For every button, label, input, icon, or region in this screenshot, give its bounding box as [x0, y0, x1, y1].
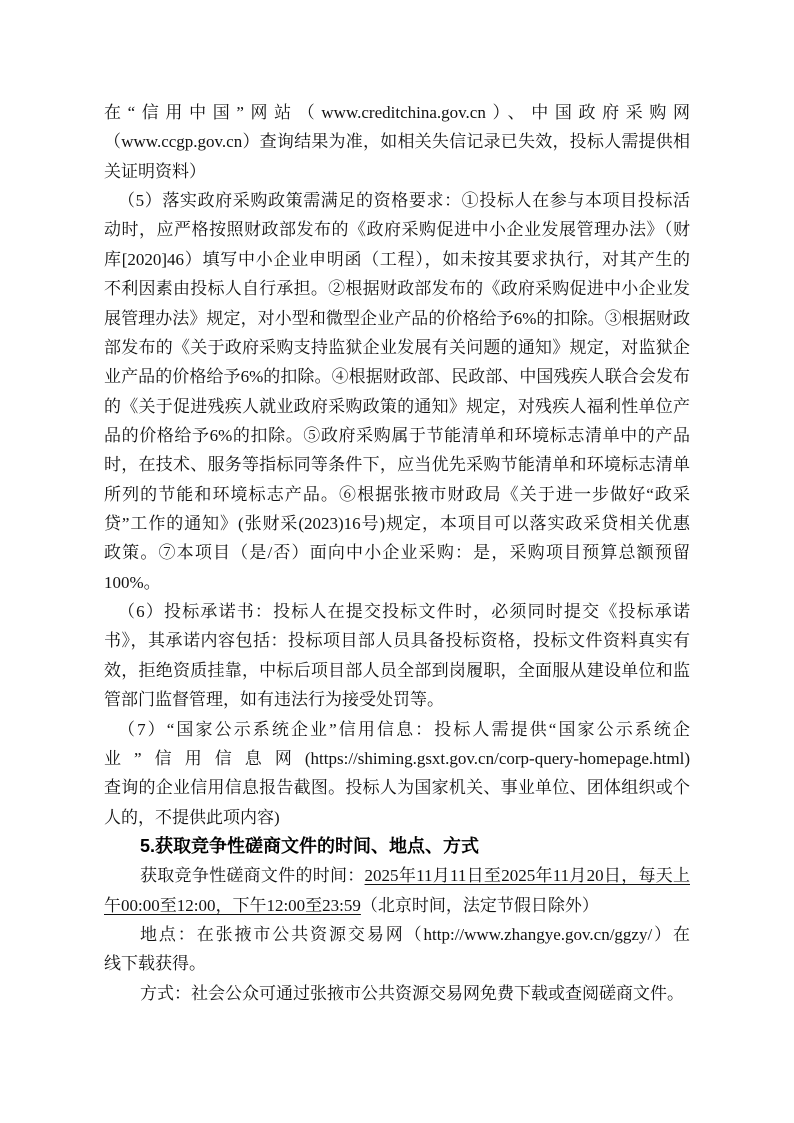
- text-line: 查询的企业信用信息报告截图。投标人为国家机关、事业单位、团体组织或个: [104, 773, 690, 802]
- text-line: 所列的节能和环境标志产品。⑥根据张掖市财政局《关于进一步做好“政采: [104, 480, 690, 509]
- text-line: 贷”工作的通知》(张财采(2023)16号)规定，本项目可以落实政采贷相关优惠: [104, 509, 690, 538]
- text-line: 效，拒绝资质挂靠，中标后项目部人员全部到岗履职，全面服从建设单位和监: [104, 656, 690, 685]
- text-segment: （北京时间，法定节假日除外）: [361, 896, 599, 915]
- text-line: 业”信用信息网(https://shiming.gsxt.gov.cn/corp…: [104, 744, 690, 773]
- text-segment: 动时，应严格按照财政部发布的《政府采购促进中小企业发展管理办法》（财: [104, 220, 690, 239]
- text-line: 线下载获得。: [104, 949, 690, 978]
- text-segment: 展管理办法》规定，对小型和微型企业产品的价格给予6%的扣除。③根据财政: [104, 309, 690, 328]
- document-page: 在“信用中国”网站（www.creditchina.gov.cn）、中国政府采购…: [0, 0, 794, 1123]
- text-line: 管部门监督管理，如有违法行为接受处罚等。: [104, 685, 690, 714]
- document-content: 在“信用中国”网站（www.creditchina.gov.cn）、中国政府采购…: [104, 98, 690, 1008]
- text-segment: 关证明资料）: [104, 162, 206, 181]
- text-line: （www.ccgp.gov.cn）查询结果为准，如相关失信记录已失效，投标人需提…: [104, 127, 690, 156]
- text-segment: 线下载获得。: [104, 954, 206, 973]
- text-line: 100%。: [104, 568, 690, 597]
- text-line: （7）“国家公示系统企业”信用信息：投标人需提供“国家公示系统企: [104, 715, 690, 744]
- text-line: 午00:00至12:00，下午12:00至23:59（北京时间，法定节假日除外）: [104, 891, 690, 920]
- text-segment: 书》，其承诺内容包括：投标项目部人员具备投标资格，投标文件资料真实有: [104, 631, 690, 650]
- heading-section5-obtain-documents: 5.获取竞争性磋商文件的时间、地点、方式: [104, 832, 690, 861]
- underlined-text: 午00:00至12:00，下午12:00至23:59: [104, 896, 361, 915]
- text-line: 地点：在张掖市公共资源交易网（http://www.zhangye.gov.cn…: [104, 920, 690, 949]
- text-line: 方式：社会公众可通过张掖市公共资源交易网免费下载或查阅磋商文件。: [104, 979, 690, 1008]
- text-segment: 在“信用中国”网站（www.creditchina.gov.cn）、中国政府采购…: [104, 103, 690, 122]
- text-segment: 100%。: [104, 573, 161, 592]
- text-segment: 的《关于促进残疾人就业政府采购政策的通知》规定，对残疾人福利性单位产: [104, 397, 690, 416]
- text-segment: （6）投标承诺书：投标人在提交投标文件时，必须同时提交《投标承诺: [118, 602, 690, 621]
- text-segment: 获取竞争性磋商文件的时间：: [140, 866, 365, 885]
- text-segment: 5.获取竞争性磋商文件的时间、地点、方式: [140, 836, 479, 856]
- text-line: 展管理办法》规定，对小型和微型企业产品的价格给予6%的扣除。③根据财政: [104, 304, 690, 333]
- text-segment: 业”信用信息网(https://shiming.gsxt.gov.cn/corp…: [104, 749, 690, 768]
- text-segment: 政策。⑦本项目（是/否）面向中小企业采购：是，采购项目预算总额预留: [104, 543, 690, 562]
- text-line: 不利因素由投标人自行承担。②根据财政部发布的《政府采购促进中小企业发: [104, 274, 690, 303]
- para-item6-bid-commitment: （6）投标承诺书：投标人在提交投标文件时，必须同时提交《投标承诺书》，其承诺内容…: [104, 597, 690, 714]
- text-line: 时，在技术、服务等指标同等条件下，应当优先采购节能清单和环境标志清单: [104, 450, 690, 479]
- text-segment: 方式：社会公众可通过张掖市公共资源交易网免费下载或查阅磋商文件。: [140, 984, 684, 1003]
- para-obtain-location: 地点：在张掖市公共资源交易网（http://www.zhangye.gov.cn…: [104, 920, 690, 979]
- text-segment: 贷”工作的通知》(张财采(2023)16号)规定，本项目可以落实政采贷相关优惠: [104, 514, 690, 533]
- text-line: 人的，不提供此项内容): [104, 803, 690, 832]
- text-segment: 不利因素由投标人自行承担。②根据财政部发布的《政府采购促进中小企业发: [104, 279, 690, 298]
- text-line: 在“信用中国”网站（www.creditchina.gov.cn）、中国政府采购…: [104, 98, 690, 127]
- text-segment: 时，在技术、服务等指标同等条件下，应当优先采购节能清单和环境标志清单: [104, 455, 690, 474]
- text-segment: 查询的企业信用信息报告截图。投标人为国家机关、事业单位、团体组织或个: [104, 778, 690, 797]
- text-segment: 部发布的《关于政府采购支持监狱企业发展有关问题的通知》规定，对监狱企: [104, 338, 690, 357]
- text-line: 关证明资料）: [104, 157, 690, 186]
- text-line: 书》，其承诺内容包括：投标项目部人员具备投标资格，投标文件资料真实有: [104, 626, 690, 655]
- text-segment: 管部门监督管理，如有违法行为接受处罚等。: [104, 690, 444, 709]
- text-segment: 业产品的价格给予6%的扣除。④根据财政部、民政部、中国残疾人联合会发布: [104, 367, 690, 386]
- para-item5-procurement-policies: （5）落实政府采购政策需满足的资格要求：①投标人在参与本项目投标活动时，应严格按…: [104, 186, 690, 597]
- text-line: 品的价格给予6%的扣除。⑤政府采购属于节能清单和环境标志清单中的产品: [104, 421, 690, 450]
- text-segment: 地点：在张掖市公共资源交易网（http://www.zhangye.gov.cn…: [140, 925, 690, 944]
- text-segment: 品的价格给予6%的扣除。⑤政府采购属于节能清单和环境标志清单中的产品: [104, 426, 690, 445]
- text-line: 业产品的价格给予6%的扣除。④根据财政部、民政部、中国残疾人联合会发布: [104, 362, 690, 391]
- text-line: 的《关于促进残疾人就业政府采购政策的通知》规定，对残疾人福利性单位产: [104, 392, 690, 421]
- text-line: （5）落实政府采购政策需满足的资格要求：①投标人在参与本项目投标活: [104, 186, 690, 215]
- para-obtain-time: 获取竞争性磋商文件的时间：2025年11月11日至2025年11月20日，每天上…: [104, 861, 690, 920]
- text-segment: 库[2020]46）填写中小企业申明函（工程），如未按其要求执行，对其产生的: [104, 250, 690, 269]
- text-line: 部发布的《关于政府采购支持监狱企业发展有关问题的通知》规定，对监狱企: [104, 333, 690, 362]
- para-item7-credit-information: （7）“国家公示系统企业”信用信息：投标人需提供“国家公示系统企业”信用信息网(…: [104, 715, 690, 832]
- para-credit-china-continuation: 在“信用中国”网站（www.creditchina.gov.cn）、中国政府采购…: [104, 98, 690, 186]
- text-segment: （5）落实政府采购政策需满足的资格要求：①投标人在参与本项目投标活: [118, 191, 690, 210]
- text-line: 库[2020]46）填写中小企业申明函（工程），如未按其要求执行，对其产生的: [104, 245, 690, 274]
- underlined-text: 2025年11月11日至2025年11月20日，每天上: [365, 866, 690, 885]
- text-segment: 效，拒绝资质挂靠，中标后项目部人员全部到岗履职，全面服从建设单位和监: [104, 661, 690, 680]
- text-line: （6）投标承诺书：投标人在提交投标文件时，必须同时提交《投标承诺: [104, 597, 690, 626]
- text-segment: （www.ccgp.gov.cn）查询结果为准，如相关失信记录已失效，投标人需提…: [104, 132, 690, 151]
- text-segment: （7）“国家公示系统企业”信用信息：投标人需提供“国家公示系统企: [118, 720, 690, 739]
- text-line: 获取竞争性磋商文件的时间：2025年11月11日至2025年11月20日，每天上: [104, 861, 690, 890]
- text-segment: 人的，不提供此项内容): [104, 808, 280, 827]
- text-line: 动时，应严格按照财政部发布的《政府采购促进中小企业发展管理办法》（财: [104, 215, 690, 244]
- heading-line: 5.获取竞争性磋商文件的时间、地点、方式: [104, 832, 690, 861]
- para-obtain-method: 方式：社会公众可通过张掖市公共资源交易网免费下载或查阅磋商文件。: [104, 979, 690, 1008]
- text-line: 政策。⑦本项目（是/否）面向中小企业采购：是，采购项目预算总额预留: [104, 538, 690, 567]
- text-segment: 所列的节能和环境标志产品。⑥根据张掖市财政局《关于进一步做好“政采: [104, 485, 690, 504]
